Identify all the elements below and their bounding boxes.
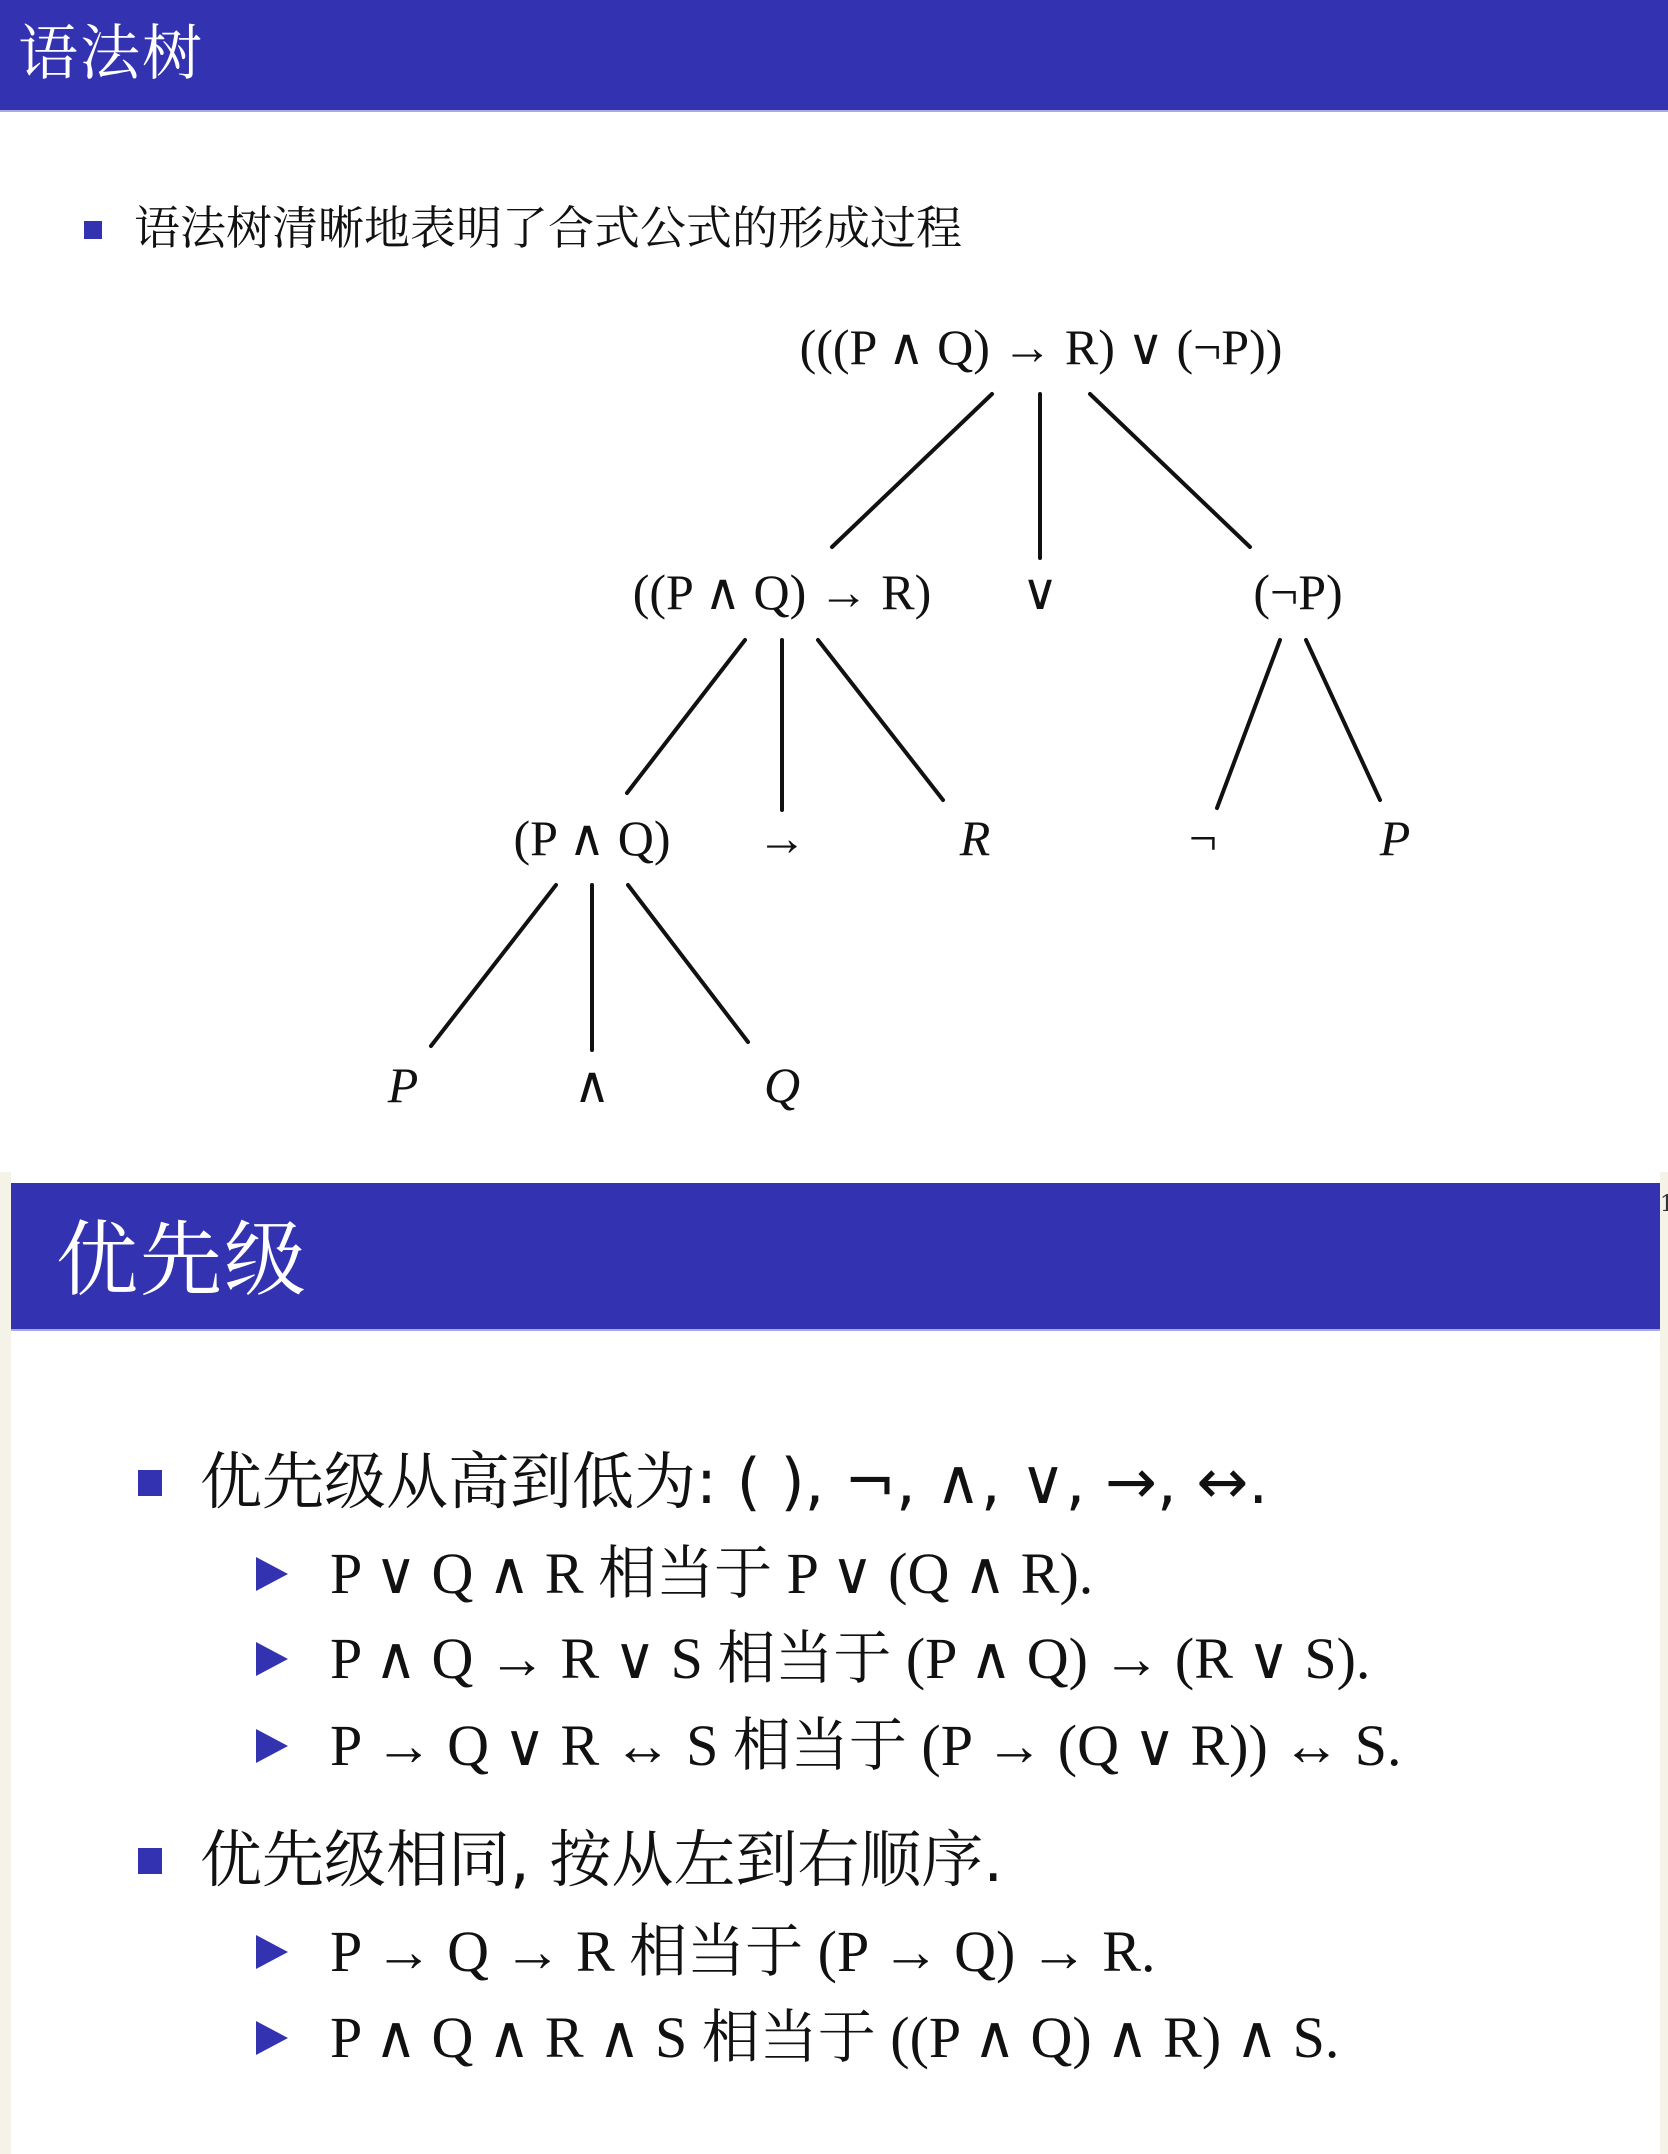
subitem: P ∧ Q → R ∨ S 相当于 (P ∧ Q) → (R ∨ S).: [330, 1621, 1370, 1697]
tree-leaf-q: Q: [764, 1055, 800, 1115]
bullet-precedence-order: 优先级从高到低为: ( ), ¬, ∧, ∨, →, ↔.: [200, 1442, 1268, 1522]
bullet-triangle-icon: [256, 2021, 288, 2055]
bullet-same-precedence: 优先级相同, 按从左到右顺序.: [200, 1820, 1003, 1900]
slide-title: 优先级: [56, 1211, 308, 1311]
subitem: P → Q → R 相当于 (P → Q) → R.: [330, 1914, 1155, 1990]
slide-margin: [1660, 1202, 1668, 2154]
bullet-triangle-icon: [256, 1729, 288, 1763]
tree-leaf-and-symbol: ∧: [574, 1055, 611, 1115]
bullet-triangle-icon: [256, 1935, 288, 1969]
bullet-square-icon: [138, 1848, 162, 1874]
tree-leaf-p: P: [388, 1055, 419, 1115]
tree-node-p-and-q: (P ∧ Q): [514, 808, 671, 868]
slide-precedence: 优先级 1 优先级从高到低为: ( ), ¬, ∧, ∨, →, ↔. P ∨ …: [0, 1172, 1668, 2154]
tree-node-root: (((P ∧ Q) → R) ∨ (¬P)): [800, 317, 1283, 377]
slide-syntax-tree: 语法树 语法树清晰地表明了合式公式的形成过程 (((P ∧ Q) → R) ∨ …: [0, 0, 1668, 1172]
tree-node-or-symbol: ∨: [1022, 562, 1059, 622]
tree-node-implication: ((P ∧ Q) → R): [633, 562, 932, 622]
tree-node-r: R: [960, 808, 991, 868]
page-number: 1: [1660, 1192, 1668, 1217]
tree-node-p: P: [1380, 808, 1411, 868]
tree-node-negation-p: (¬P): [1253, 562, 1342, 622]
subitem: P ∨ Q ∧ R 相当于 P ∨ (Q ∧ R).: [330, 1536, 1093, 1612]
bullet-triangle-icon: [256, 1557, 288, 1591]
bullet-square-icon: [138, 1470, 162, 1496]
frame-title-bar: 优先级: [11, 1183, 1660, 1331]
tree-node-arrow-symbol: →: [757, 808, 807, 868]
tree-node-not-symbol: ¬: [1189, 808, 1217, 868]
bullet-triangle-icon: [256, 1642, 288, 1676]
subitem: P → Q ∨ R ↔ S 相当于 (P → (Q ∨ R)) ↔ S.: [330, 1708, 1402, 1784]
subitem: P ∧ Q ∧ R ∧ S 相当于 ((P ∧ Q) ∧ R) ∧ S.: [330, 2000, 1339, 2076]
